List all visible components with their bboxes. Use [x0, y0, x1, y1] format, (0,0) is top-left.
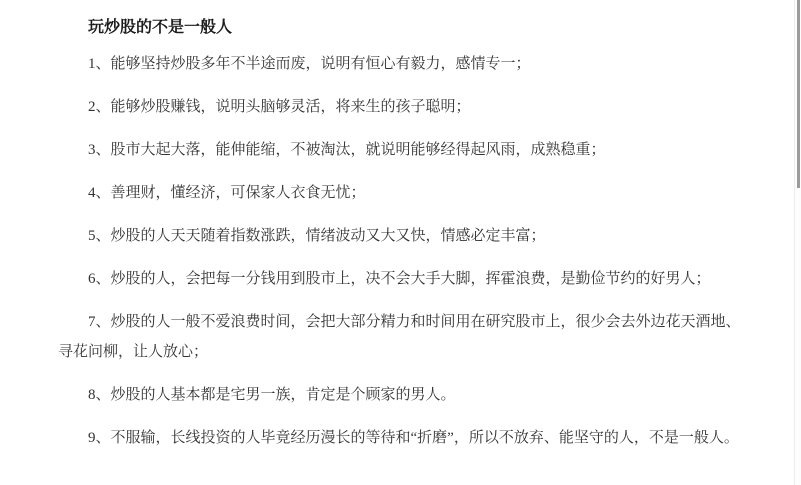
article-paragraph-3: 3、股市大起大落，能伸能缩，不被淘汰，就说明能够经得起风雨，成熟稳重； [58, 135, 748, 165]
article-paragraph-7: 7、炒股的人一般不爱浪费时间，会把大部分精力和时间用在研究股市上，很少会去外边花… [58, 307, 748, 367]
article-page: { "article": { "title": "玩炒股的不是一般人", "pa… [0, 0, 801, 485]
article-body: 玩炒股的不是一般人 1、能够坚持炒股多年不半途而废，说明有恒心有毅力，感情专一；… [58, 0, 748, 466]
scrollbar-track[interactable] [794, 0, 801, 485]
article-paragraph-9: 9、不服输，长线投资的人毕竟经历漫长的等待和“折磨”，所以不放弃、能坚守的人，不… [58, 423, 748, 453]
article-paragraph-1: 1、能够坚持炒股多年不半途而废，说明有恒心有毅力，感情专一； [58, 49, 748, 79]
article-paragraph-2: 2、能够炒股赚钱，说明头脑够灵活，将来生的孩子聪明； [58, 92, 748, 122]
scrollbar-thumb[interactable] [797, 0, 800, 188]
article-paragraph-4: 4、善理财，懂经济，可保家人衣食无忧； [58, 178, 748, 208]
article-paragraph-8: 8、炒股的人基本都是宅男一族，肯定是个顾家的男人。 [58, 380, 748, 410]
article-paragraph-5: 5、炒股的人天天随着指数涨跌，情绪波动又大又快，情感必定丰富； [58, 221, 748, 251]
article-paragraph-6: 6、炒股的人，会把每一分钱用到股市上，决不会大手大脚，挥霍浪费，是勤俭节约的好男… [58, 264, 748, 294]
article-title: 玩炒股的不是一般人 [58, 19, 748, 37]
